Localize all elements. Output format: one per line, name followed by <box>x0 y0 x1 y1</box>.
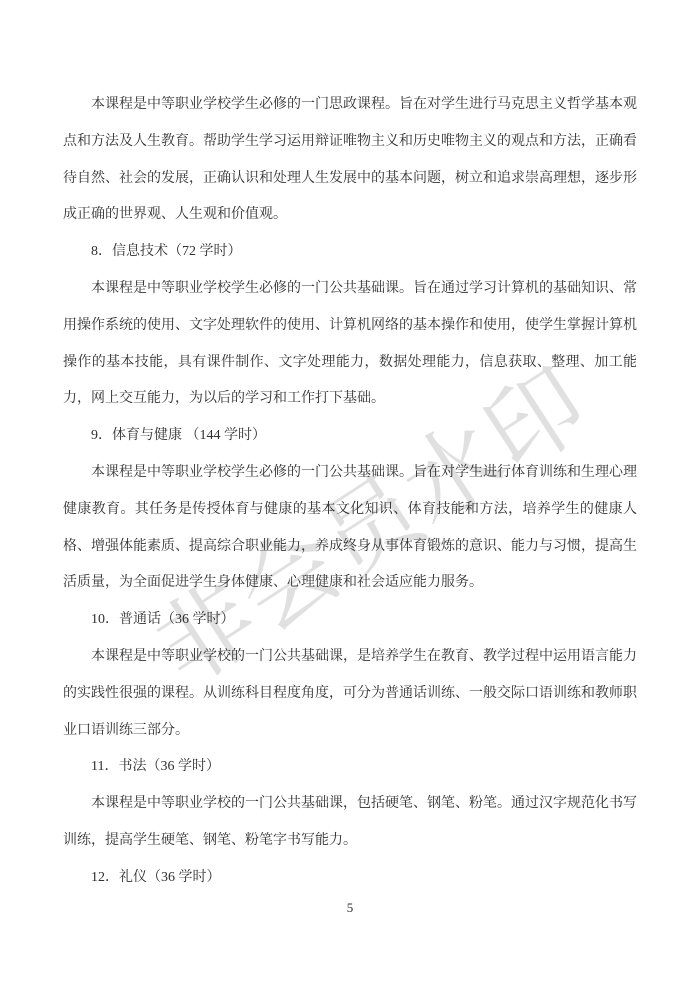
section-body: 本课程是中等职业学校学生必修的一门公共基础课。旨在通过学习计算机的基础知识、常用… <box>63 271 637 418</box>
course-section: 8．信息技术（72 学时） 本课程是中等职业学校学生必修的一门公共基础课。旨在通… <box>63 234 637 418</box>
document-content: 本课程是中等职业学校学生必修的一门思政课程。旨在对学生进行马克思主义哲学基本观点… <box>63 87 637 897</box>
section-body: 本课程是中等职业学校学生必修的一门思政课程。旨在对学生进行马克思主义哲学基本观点… <box>63 87 637 234</box>
course-section: 本课程是中等职业学校学生必修的一门思政课程。旨在对学生进行马克思主义哲学基本观点… <box>63 87 637 234</box>
course-section: 9．体育与健康 （144 学时） 本课程是中等职业学校学生必修的一门公共基础课。… <box>63 418 637 602</box>
course-section: 11．书法（36 学时） 本课程是中等职业学校的一门公共基础课，包括硬笔、钢笔、… <box>63 749 637 859</box>
section-heading: 9．体育与健康 （144 学时） <box>63 418 637 455</box>
section-heading: 11．书法（36 学时） <box>63 749 637 786</box>
section-body: 本课程是中等职业学校的一门公共基础课，是培养学生在教育、教学过程中运用语言能力的… <box>63 639 637 749</box>
course-section: 10．普通话（36 学时） 本课程是中等职业学校的一门公共基础课，是培养学生在教… <box>63 602 637 749</box>
section-body: 本课程是中等职业学校的一门公共基础课，包括硬笔、钢笔、粉笔。通过汉字规范化书写训… <box>63 786 637 860</box>
page-number: 5 <box>0 900 700 916</box>
section-heading: 10．普通话（36 学时） <box>63 602 637 639</box>
section-body: 本课程是中等职业学校学生必修的一门公共基础课。旨在对学生进行体育训练和生理心理健… <box>63 455 637 602</box>
course-section: 12．礼仪（36 学时） <box>63 860 637 897</box>
section-heading: 12．礼仪（36 学时） <box>63 860 637 897</box>
document-page: 非会员水印 本课程是中等职业学校学生必修的一门思政课程。旨在对学生进行马克思主义… <box>0 0 700 990</box>
section-heading: 8．信息技术（72 学时） <box>63 234 637 271</box>
